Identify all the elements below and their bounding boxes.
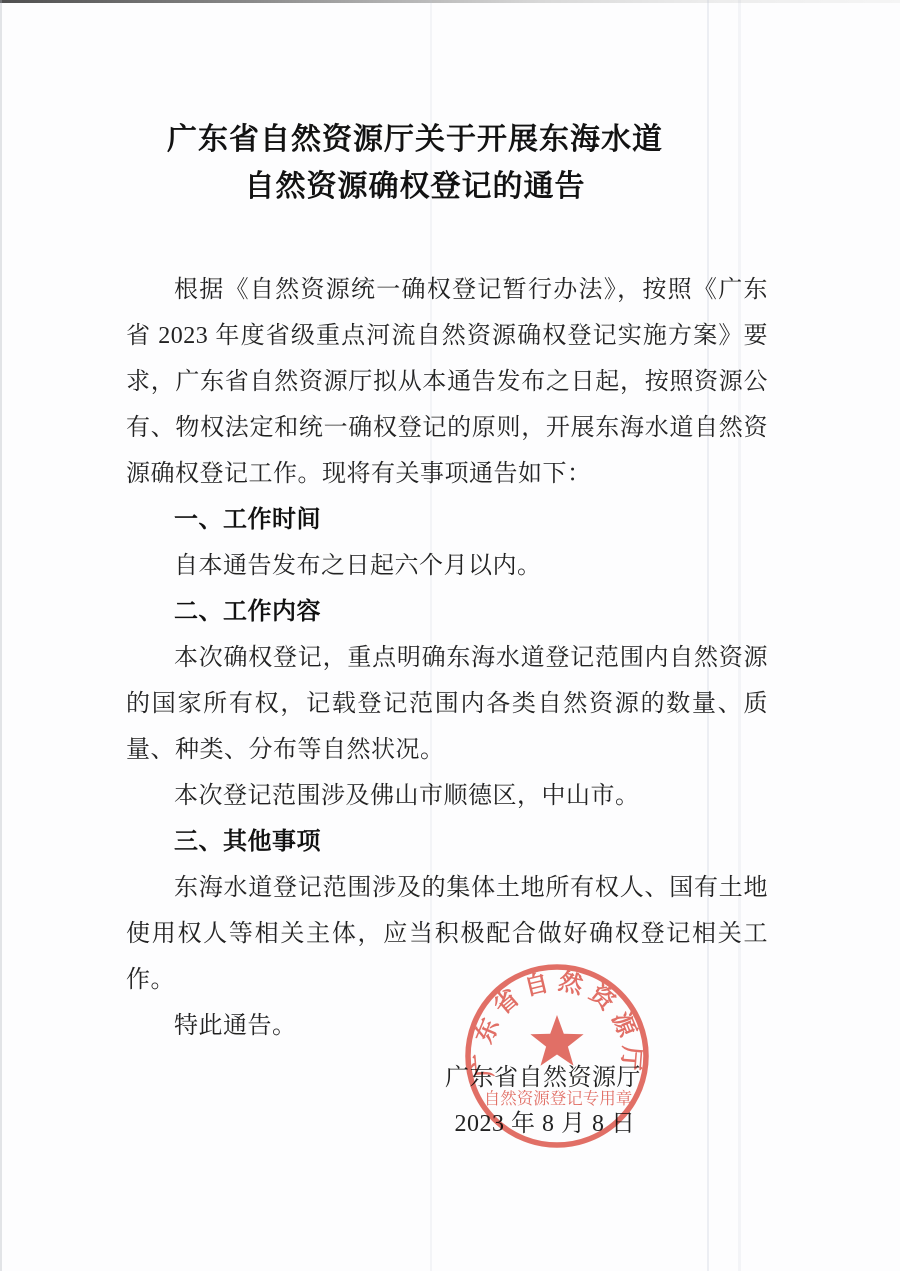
- section-1-paragraph-1: 自本通告发布之日起六个月以内。: [126, 543, 768, 589]
- section-3-heading: 三、其他事项: [126, 819, 768, 865]
- section-2-heading: 二、工作内容: [126, 589, 768, 635]
- title-line-1: 广东省自然资源厅关于开展东海水道: [90, 116, 740, 163]
- document-title: 广东省自然资源厅关于开展东海水道 自然资源确权登记的通告: [90, 116, 740, 210]
- scan-artifact-left-edge: [0, 0, 2, 1271]
- section-3-paragraph-1: 东海水道登记范围涉及的集体土地所有权人、国有土地使用权人等相关主体，应当积极配合…: [126, 865, 768, 1003]
- closing-paragraph: 特此通告。: [126, 1003, 768, 1049]
- section-1-heading: 一、工作时间: [126, 497, 768, 543]
- scan-artifact-top-edge: [0, 0, 900, 3]
- section-2-paragraph-1: 本次确权登记，重点明确东海水道登记范围内自然资源的国家所有权，记载登记范围内各类…: [126, 635, 768, 773]
- seal-label-text: 自然资源登记专用章: [484, 1088, 633, 1108]
- intro-paragraph: 根据《自然资源统一确权登记暂行办法》，按照《广东省 2023 年度省级重点河流自…: [126, 267, 768, 497]
- title-line-2: 自然资源确权登记的通告: [90, 163, 740, 210]
- section-2-paragraph-2: 本次登记范围涉及佛山市顺德区，中山市。: [126, 773, 768, 819]
- document-page: 广东省自然资源厅关于开展东海水道 自然资源确权登记的通告 根据《自然资源统一确权…: [0, 0, 900, 1271]
- official-seal: 广东省自然资源厅 自然资源登记专用章: [457, 956, 657, 1156]
- seal-star-icon: [530, 1015, 583, 1066]
- document-body: 根据《自然资源统一确权登记暂行办法》，按照《广东省 2023 年度省级重点河流自…: [126, 267, 768, 1049]
